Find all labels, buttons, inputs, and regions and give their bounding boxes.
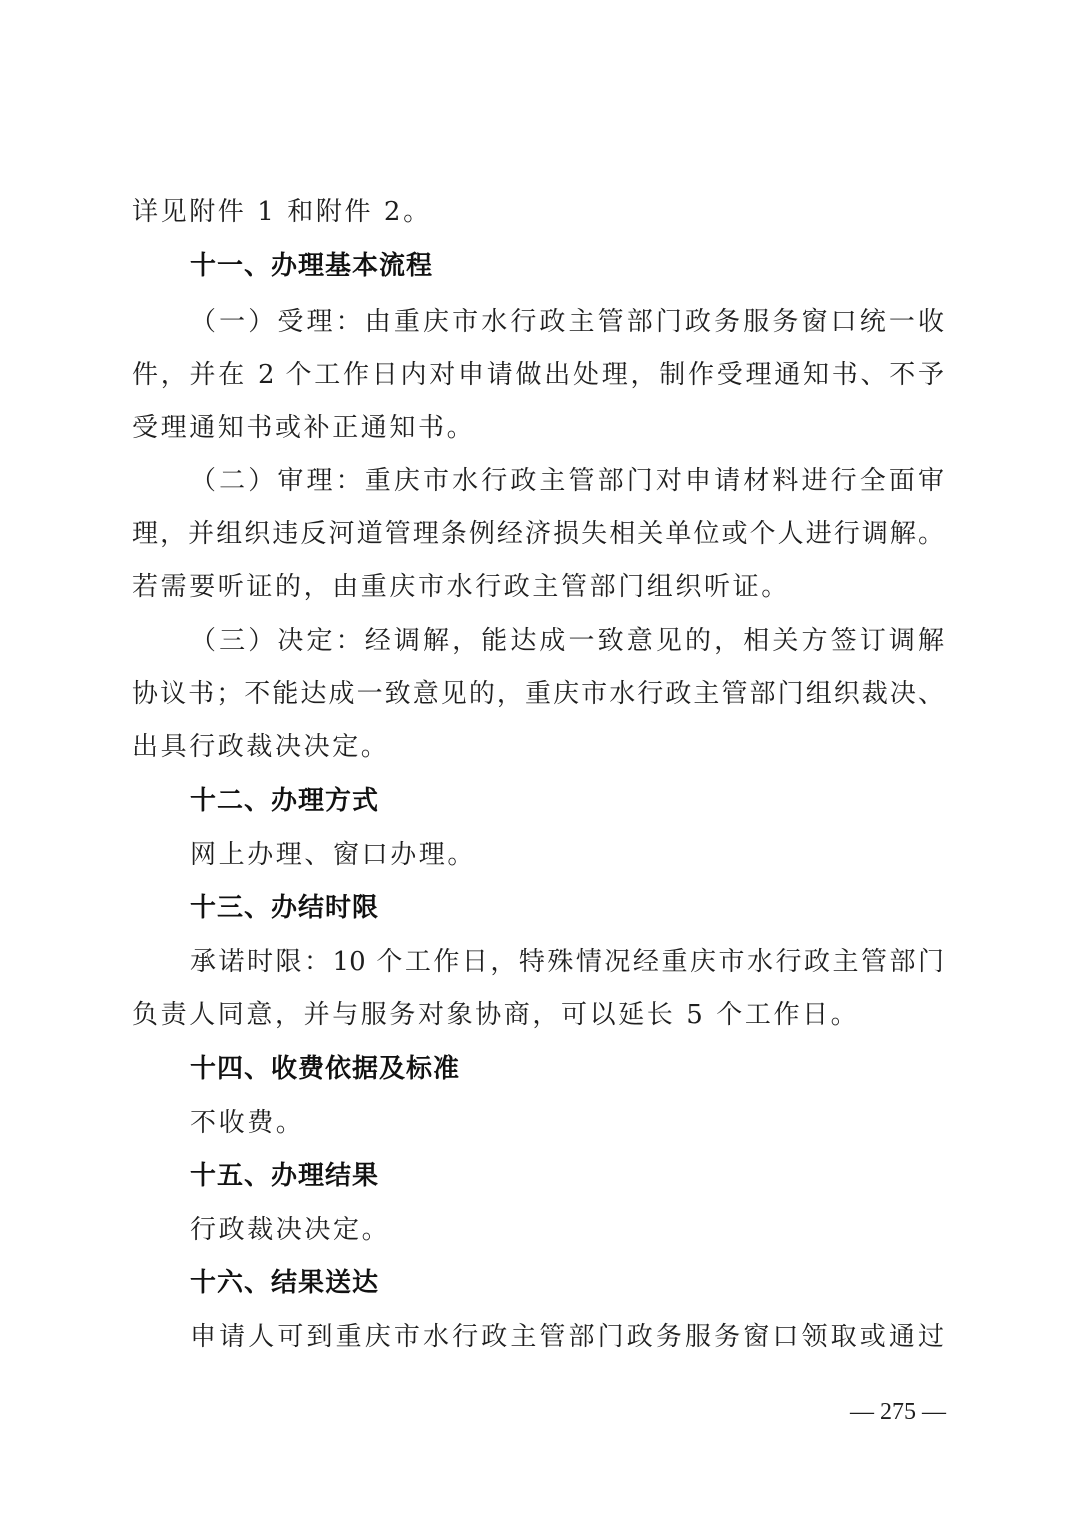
section-heading-13-time-limit: 十三、办结时限 — [190, 891, 379, 925]
paragraph-line-delivery-1: 申请人可到重庆市水行政主管部门政务服务窗口领取或通过 — [190, 1320, 944, 1354]
document-page: 详见附件 1 和附件 2。 十一、办理基本流程 （一）受理：由重庆市水行政主管部… — [0, 0, 1074, 1520]
paragraph-line-acceptance-2: 件，并在 2 个工作日内对申请做出处理，制作受理通知书、不予 — [132, 358, 944, 392]
page-number: — 275 — — [850, 1397, 946, 1427]
paragraph-line-review-1: （二）审理：重庆市水行政主管部门对申请材料进行全面审 — [190, 464, 944, 498]
paragraph-line-review-2: 理，并组织违反河道管理条例经济损失相关单位或个人进行调解。 — [132, 517, 944, 551]
paragraph-line-time-limit-1: 承诺时限：10 个工作日，特殊情况经重庆市水行政主管部门 — [190, 945, 944, 979]
paragraph-line-fees: 不收费。 — [190, 1106, 304, 1140]
paragraph-line-attachments: 详见附件 1 和附件 2。 — [132, 195, 432, 229]
paragraph-line-acceptance-1: （一）受理：由重庆市水行政主管部门政务服务窗口统一收 — [190, 305, 944, 339]
paragraph-line-review-3: 若需要听证的，由重庆市水行政主管部门组织听证。 — [132, 570, 790, 604]
paragraph-line-handling-method: 网上办理、窗口办理。 — [190, 838, 476, 872]
paragraph-line-result: 行政裁决决定。 — [190, 1213, 390, 1247]
paragraph-line-decision-1: （三）决定：经调解，能达成一致意见的，相关方签订调解 — [190, 624, 944, 658]
paragraph-line-decision-3: 出具行政裁决决定。 — [132, 730, 389, 764]
paragraph-line-decision-2: 协议书；不能达成一致意见的，重庆市水行政主管部门组织裁决、 — [132, 677, 944, 711]
paragraph-line-acceptance-3: 受理通知书或补正通知书。 — [132, 411, 475, 445]
section-heading-11-basic-process: 十一、办理基本流程 — [190, 249, 433, 283]
section-heading-12-handling-method: 十二、办理方式 — [190, 784, 379, 818]
section-heading-14-fees: 十四、收费依据及标准 — [190, 1052, 460, 1086]
paragraph-line-time-limit-2: 负责人同意，并与服务对象协商，可以延长 5 个工作日。 — [132, 998, 859, 1032]
section-heading-15-result: 十五、办理结果 — [190, 1159, 379, 1193]
section-heading-16-delivery: 十六、结果送达 — [190, 1266, 379, 1300]
